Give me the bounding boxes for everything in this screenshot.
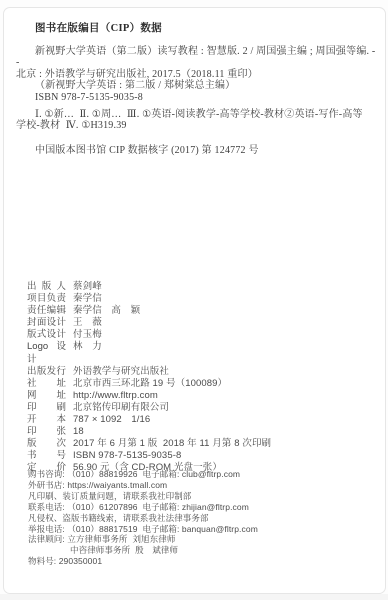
cip-title: 图书在版编目（CIP）数据: [35, 23, 378, 35]
pub-row-value: 外语教学与研究出版社: [73, 366, 169, 378]
pub-row-label: 开本: [27, 414, 66, 426]
pub-row-value: 秦学信: [73, 293, 102, 305]
contact-line-report-phone: 举报电话: （010）88817519 电子邮箱: banquan@fltrp.…: [28, 524, 378, 535]
publication-info: 出版人 蔡剑峰 项目负责 秦学信 责任编辑 秦学信 高 颖 封面设计 王 薇 版…: [27, 281, 378, 475]
pub-row-value: 18: [73, 426, 84, 438]
pub-row-label: 印张: [27, 426, 66, 438]
pub-row-value: http://www.fltrp.com: [73, 390, 158, 402]
contact-line-purchase: 购书咨询: （010）88819926 电子邮箱: club@fltrp.com: [28, 469, 378, 480]
cip-isbn-line: ISBN 978-7-5135-9035-8: [16, 92, 378, 104]
contact-info: 购书咨询: （010）88819926 电子邮箱: club@fltrp.com…: [28, 469, 378, 567]
pub-row-value: 王 薇: [73, 317, 102, 329]
scan-edge: [0, 594, 388, 600]
contact-line-material-number: 物料号: 290350001: [28, 556, 378, 567]
pub-row-publisher: 出版发行 外语教学与研究出版社: [27, 366, 378, 378]
pub-row-editor: 责任编辑 秦学信 高 颖: [27, 305, 378, 317]
pub-row-label: 书号: [27, 450, 66, 462]
pub-row-value: 北京铭传印刷有限公司: [73, 402, 169, 414]
pub-row-format: 开本 787 × 1092 1/16: [27, 414, 378, 426]
pub-row-project-lead: 项目负责 秦学信: [27, 293, 378, 305]
pub-row-label: 责任编辑: [27, 305, 66, 317]
pub-row-value: 蔡剑峰: [73, 281, 102, 293]
contact-line-piracy: 凡侵权、盗版书籍线索，请联系我社法律事务部: [28, 513, 378, 524]
pub-row-website: 网址 http://www.fltrp.com: [27, 390, 378, 402]
contact-line-legal-counsel: 法律顾问: 立方律师事务所 刘旭东律师: [28, 534, 378, 545]
pub-row-value: 秦学信 高 颖: [73, 305, 140, 317]
pub-row-label: 网址: [27, 390, 66, 402]
pub-row-label: 项目负责: [27, 293, 66, 305]
pub-row-layout-design: 版式设计 付玉梅: [27, 329, 378, 341]
pub-row-label: 版式设计: [27, 329, 66, 341]
contact-line-print-quality: 凡印刷、装订质量问题，请联系我社印制部: [28, 491, 378, 502]
cip-record-line: 北京 : 外语教学与研究出版社, 2017.5（2018.11 重印）: [16, 69, 378, 81]
contact-line-phone: 联系电话: （010）61207896 电子邮箱: zhijian@fltrp.…: [28, 502, 378, 513]
pub-row-label: 社址: [27, 378, 66, 390]
pub-row-value: 北京市西三环北路 19 号（100089）: [73, 378, 227, 390]
pub-row-printer: 印刷 北京铭传印刷有限公司: [27, 402, 378, 414]
pub-row-value: 林 力: [73, 341, 102, 353]
cip-series-line: （新视野大学英语 : 第二版 / 郑树棠总主编）: [16, 80, 378, 92]
cip-classification-line: Ⅰ. ①新… Ⅱ. ①周… Ⅲ. ①英语-阅读教学-高等学校-教材②英语-写作-…: [16, 109, 378, 121]
cip-section: 图书在版编目（CIP）数据 新视野大学英语（第二版）读写教程 : 智慧版. 2 …: [16, 23, 378, 156]
pub-row-value: 787 × 1092 1/16: [73, 414, 150, 426]
pub-row-label: 封面设计: [27, 317, 66, 329]
pub-row-value: ISBN 978-7-5135-9035-8: [73, 450, 181, 462]
pub-row-label: 出版人: [27, 281, 66, 293]
pub-row-edition: 版次 2017 年 6 月第 1 版 2018 年 11 月第 8 次印刷: [27, 438, 378, 450]
pub-row-cover-design: 封面设计 王 薇: [27, 317, 378, 329]
pub-row-label: 出版发行: [27, 366, 66, 378]
cip-classification-line: 学校-教材 Ⅳ. ①H319.39: [16, 120, 378, 132]
pub-row-label: Logo设计: [27, 341, 66, 365]
pub-row-label: 印刷: [27, 402, 66, 414]
contact-line-legal-counsel-2: 中咨律师事务所 殷 斌律师: [28, 545, 378, 556]
pub-row-label: 版次: [27, 438, 66, 450]
contact-line-bookstore: 外研书店: https://waiyants.tmall.com: [28, 480, 378, 491]
pub-row-value: 付玉梅: [73, 329, 102, 341]
pub-row-logo-design: Logo设计 林 力: [27, 341, 378, 365]
cip-registration-line: 中国版本图书馆 CIP 数据核字 (2017) 第 124772 号: [16, 145, 378, 157]
pub-row-sheets: 印张 18: [27, 426, 378, 438]
pub-row-publisher-person: 出版人 蔡剑峰: [27, 281, 378, 293]
pub-row-address: 社址 北京市西三环北路 19 号（100089）: [27, 378, 378, 390]
pub-row-isbn: 书号 ISBN 978-7-5135-9035-8: [27, 450, 378, 462]
cip-record-line: 新视野大学英语（第二版）读写教程 : 智慧版. 2 / 周国强主编 ; 周国强等…: [16, 46, 378, 69]
pub-row-value: 2017 年 6 月第 1 版 2018 年 11 月第 8 次印刷: [73, 438, 271, 450]
